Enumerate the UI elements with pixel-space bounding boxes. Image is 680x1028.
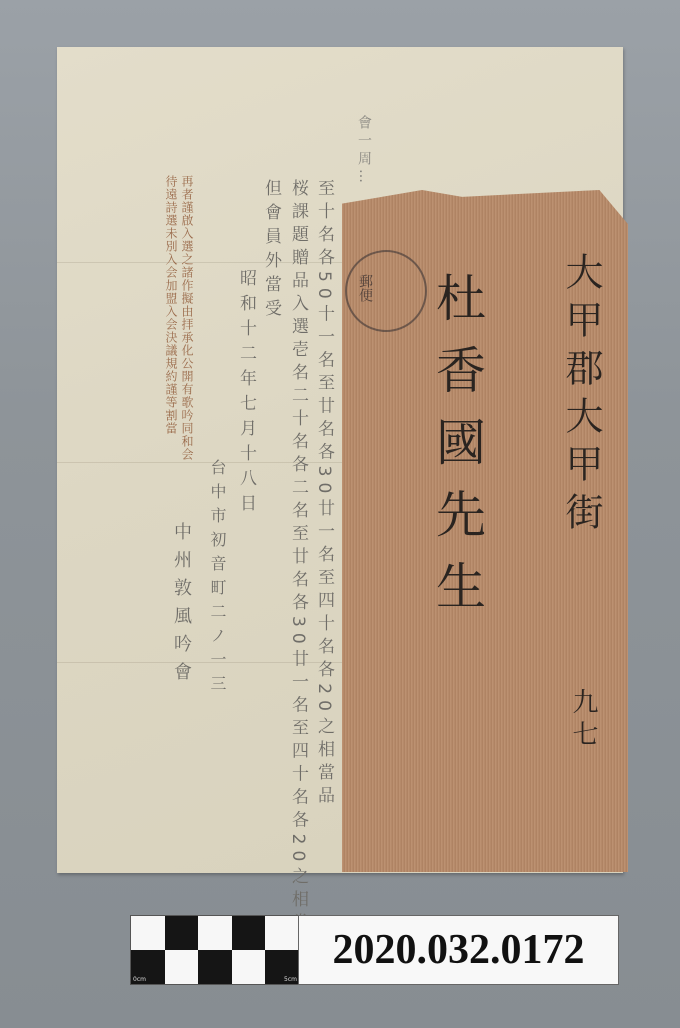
postscript-note: 再者謹啟入選之諸作擬由拝承化公開有歌吟同和会 xyxy=(181,175,193,461)
postmark-text: 郵便 xyxy=(355,274,375,302)
color-scale-bar: 0cm 5cm xyxy=(130,915,300,985)
society-name: 中州敦風吟會 xyxy=(172,522,190,690)
envelope-address: 大甲郡大甲街 xyxy=(562,252,600,540)
scale-label-start: 0cm xyxy=(133,976,146,983)
letter-column: 至十名各50十一名至廿名各30廿一名至四十名各20之相當品 xyxy=(315,179,332,809)
letter-column: 會一周… xyxy=(357,115,371,187)
letter-column: 但會員外當受 xyxy=(262,179,279,323)
scale-label-end: 5cm xyxy=(284,976,297,983)
scale-square xyxy=(232,950,266,984)
envelope-address-number: 九七 xyxy=(570,688,596,752)
postscript-note: 待遠詩選未別入会加盟入会決議規約謹等割當 xyxy=(165,175,177,435)
envelope-recipient: 杜香國先生 xyxy=(432,272,482,632)
letter-column: 桜課題贈品入選壱名二十名各二名至廿名各30廿一名至四十名各20之相當品 xyxy=(289,179,306,959)
scale-square xyxy=(131,916,165,950)
address-column: 台中市初音町二ノ一三 xyxy=(209,459,225,699)
postmark-stamp: 郵便 xyxy=(345,250,427,332)
date-text: 昭和十二年七月十八日 xyxy=(236,269,256,519)
date-column: 昭和十二年七月十八日 xyxy=(237,269,254,519)
scale-square xyxy=(198,916,232,950)
scale-square xyxy=(165,916,199,950)
accession-number-label: 2020.032.0172 xyxy=(298,915,619,985)
scale-square xyxy=(165,950,199,984)
scale-square xyxy=(198,950,232,984)
scale-square xyxy=(232,916,266,950)
scale-square xyxy=(265,916,299,950)
